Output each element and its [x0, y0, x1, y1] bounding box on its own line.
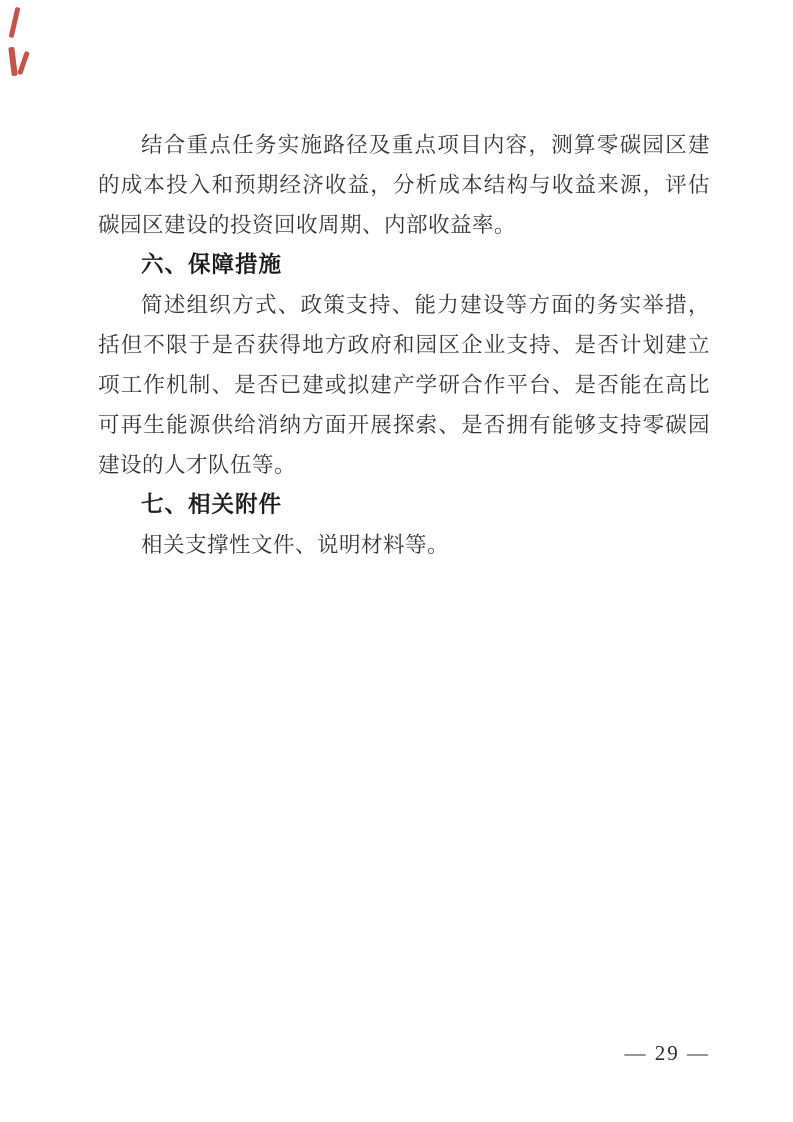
- document-page: 结合重点任务实施路径及重点项目内容，测算零碳园区建设 的成本投入和预期经济收益，…: [0, 0, 793, 1122]
- section-heading-safeguards: 六、保障措施: [98, 245, 710, 285]
- paragraph-line: 建设的人才队伍等。: [98, 445, 710, 485]
- paragraph-line: 简述组织方式、政策支持、能力建设等方面的务实举措，包: [98, 285, 710, 325]
- paragraph-line: 结合重点任务实施路径及重点项目内容，测算零碳园区建设: [98, 125, 710, 165]
- section-heading-attachments: 七、相关附件: [98, 485, 710, 525]
- paragraph-line: 碳园区建设的投资回收周期、内部收益率。: [98, 205, 710, 245]
- paragraph-line: 相关支撑性文件、说明材料等。: [98, 525, 710, 565]
- red-ink-mark: [8, 47, 17, 77]
- paragraph-line: 的成本投入和预期经济收益，分析成本结构与收益来源，评估零: [98, 165, 710, 205]
- page-number: — 29 —: [625, 1035, 711, 1071]
- red-ink-mark: [9, 7, 21, 38]
- red-ink-mark: [17, 51, 30, 75]
- paragraph-line: 括但不限于是否获得地方政府和园区企业支持、是否计划建立专: [98, 325, 710, 365]
- document-body: 结合重点任务实施路径及重点项目内容，测算零碳园区建设 的成本投入和预期经济收益，…: [98, 125, 710, 565]
- paragraph-line: 可再生能源供给消纳方面开展探索、是否拥有能够支持零碳园区: [98, 405, 710, 445]
- paragraph-line: 项工作机制、是否已建或拟建产学研合作平台、是否能在高比例: [98, 365, 710, 405]
